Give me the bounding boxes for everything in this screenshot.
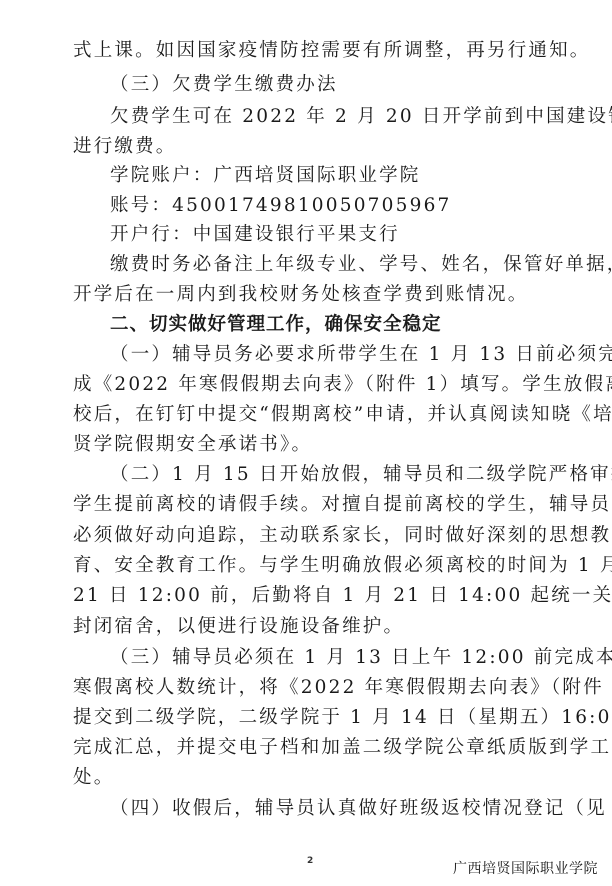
body-line: （二）1 月 15 日开始放假，辅导员和二级学院严格审批 (110, 462, 559, 488)
body-line: 贤学院假期安全承诺书》。 (73, 432, 559, 458)
body-line: 学生提前离校的请假手续。对擅自提前离校的学生，辅导员 (73, 492, 559, 518)
body-line: 开学后在一周内到我校财务处核查学费到账情况。 (73, 282, 559, 308)
bank-branch: 开户行：中国建设银行平果支行 (110, 222, 559, 248)
body-line: （四）收假后，辅导员认真做好班级返校情况登记（见 (110, 796, 559, 822)
body-line: 育、安全教育工作。与学生明确放假必须离校的时间为 1 月 (73, 553, 559, 579)
body-line: 完成汇总，并提交电子档和加盖二级学院公章纸质版到学工 (73, 735, 559, 761)
body-line: （三）辅导员必须在 1 月 13 日上午 12:00 前完成本班 (110, 645, 559, 671)
body-line: 必须做好动向追踪，主动联系家长，同时做好深刻的思想教 (73, 523, 559, 549)
body-line: 缴费时务必备注上年级专业、学号、姓名，保管好单据， (110, 252, 559, 278)
bank-account-number: 账号：45001749810050705967 (110, 193, 559, 219)
body-line: 寒假离校人数统计，将《2022 年寒假假期去向表》（附件 1） (73, 675, 559, 701)
body-line: 式上课。如因国家疫情防控需要有所调整，再另行通知。 (73, 38, 559, 64)
body-line: 校后，在钉钉中提交“假期离校”申请，并认真阅读知晓《培 (73, 402, 559, 428)
bank-account-name: 学院账户：广西培贤国际职业学院 (110, 163, 559, 189)
footer-organization: 广西培贤国际职业学院 (453, 858, 598, 878)
body-line: 提交到二级学院，二级学院于 1 月 14 日（星期五）16:00 前 (73, 705, 559, 731)
body-line: 欠费学生可在 2022 年 2 月 20 日开学前到中国建设银行 (110, 104, 559, 130)
body-line: 成《2022 年寒假假期去向表》（附件 1）填写。学生放假离 (73, 372, 559, 398)
body-line: （一）辅导员务必要求所带学生在 1 月 13 日前必须完 (110, 342, 559, 368)
chapter-heading: 二、切实做好管理工作，确保安全稳定 (110, 312, 559, 338)
document-page: 式上课。如因国家疫情防控需要有所调整，再另行通知。 （三）欠费学生缴费办法 欠费… (0, 0, 612, 886)
body-line: 21 日 12:00 前，后勤将自 1 月 21 日 14:00 起统一关闭水电… (73, 583, 559, 609)
body-line: 处。 (73, 765, 559, 791)
section-heading: （三）欠费学生缴费办法 (110, 72, 559, 98)
page-number: 2 (307, 856, 313, 866)
body-line: 封闭宿舍，以便进行设施设备维护。 (73, 614, 559, 640)
body-line: 进行缴费。 (73, 134, 559, 160)
